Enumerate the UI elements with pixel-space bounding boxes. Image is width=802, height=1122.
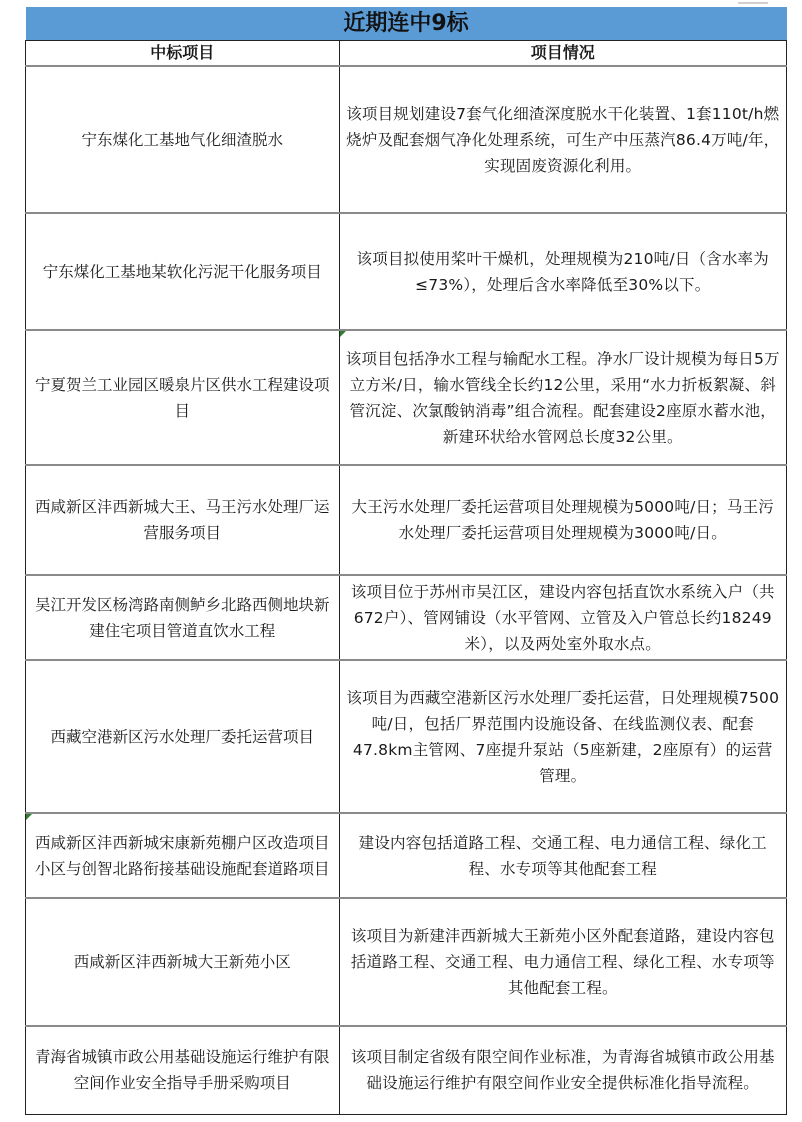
table-row: 宁东煤化工基地气化细渣脱水 该项目规划建设7套气化细渣深度脱水干化装置、1套11… — [26, 66, 787, 213]
project-name: 宁夏贺兰工业园区暖泉片区供水工程建设项目 — [26, 330, 340, 465]
column-header-details: 项目情况 — [339, 41, 786, 67]
project-details: 该项目为西藏空港新区污水处理厂委托运营，日处理规模7500吨/日，包括厂界范围内… — [339, 660, 786, 813]
project-name: 宁东煤化工基地某软化污泥干化服务项目 — [26, 213, 340, 330]
table-row: 西咸新区沣西新城宋康新苑棚户区改造项目小区与创智北路衔接基础设施配套道路项目 建… — [26, 813, 787, 898]
project-name: 宁东煤化工基地气化细渣脱水 — [26, 66, 340, 213]
table-row: 西藏空港新区污水处理厂委托运营项目 该项目为西藏空港新区污水处理厂委托运营，日处… — [26, 660, 787, 813]
project-details: 该项目为新建沣西新城大王新苑小区外配套道路，建设内容包括道路工程、交通工程、电力… — [339, 898, 786, 1026]
column-header-project: 中标项目 — [26, 41, 340, 67]
table-row: 宁东煤化工基地某软化污泥干化服务项目 该项目拟使用桨叶干燥机，处理规模为210吨… — [26, 213, 787, 330]
project-details: 该项目位于苏州市吴江区，建设内容包括直饮水系统入户（共672户）、管网铺设（水平… — [339, 575, 786, 660]
table-row: 宁夏贺兰工业园区暖泉片区供水工程建设项目 该项目包括净水工程与输配水工程。净水厂… — [26, 330, 787, 465]
project-name: 西咸新区沣西新城大王、马王污水处理厂运营服务项目 — [26, 465, 340, 575]
project-details: 该项目规划建设7套气化细渣深度脱水干化装置、1套110t/h燃烧炉及配套烟气净化… — [339, 66, 786, 213]
table-header-row: 中标项目 项目情况 — [26, 41, 787, 67]
bid-projects-table: 近期连中9标 中标项目 项目情况 宁东煤化工基地气化细渣脱水 该项目规划建设7套… — [25, 7, 787, 1115]
project-details: 建设内容包括道路工程、交通工程、电力通信工程、绿化工程、水专项等其他配套工程 — [339, 813, 786, 898]
project-name: 西咸新区沣西新城宋康新苑棚户区改造项目小区与创智北路衔接基础设施配套道路项目 — [26, 813, 340, 898]
project-name: 西藏空港新区污水处理厂委托运营项目 — [26, 660, 340, 813]
project-details: 该项目拟使用桨叶干燥机，处理规模为210吨/日（含水率为≤73%），处理后含水率… — [339, 213, 786, 330]
project-details: 该项目包括净水工程与输配水工程。净水厂设计规模为每日5万立方米/日，输水管线全长… — [339, 330, 786, 465]
project-details: 大王污水处理厂委托运营项目处理规模为5000吨/日；马王污水处理厂委托运营项目处… — [339, 465, 786, 575]
project-name: 青海省城镇市政公用基础设施运行维护有限空间作业安全指导手册采购项目 — [26, 1026, 340, 1114]
project-name: 西咸新区沣西新城大王新苑小区 — [26, 898, 340, 1026]
corner-mark — [738, 2, 768, 4]
table-row: 西咸新区沣西新城大王新苑小区 该项目为新建沣西新城大王新苑小区外配套道路，建设内… — [26, 898, 787, 1026]
project-details: 该项目制定省级有限空间作业标准，为青海省城镇市政公用基础设施运行维护有限空间作业… — [339, 1026, 786, 1114]
table-title: 近期连中9标 — [26, 7, 787, 41]
project-name: 吴江开发区杨湾路南侧鲈乡北路西侧地块新建住宅项目管道直饮水工程 — [26, 575, 340, 660]
table-title-row: 近期连中9标 — [26, 7, 787, 41]
table-row: 西咸新区沣西新城大王、马王污水处理厂运营服务项目 大王污水处理厂委托运营项目处理… — [26, 465, 787, 575]
table-row: 青海省城镇市政公用基础设施运行维护有限空间作业安全指导手册采购项目 该项目制定省… — [26, 1026, 787, 1114]
table-row: 吴江开发区杨湾路南侧鲈乡北路西侧地块新建住宅项目管道直饮水工程 该项目位于苏州市… — [26, 575, 787, 660]
